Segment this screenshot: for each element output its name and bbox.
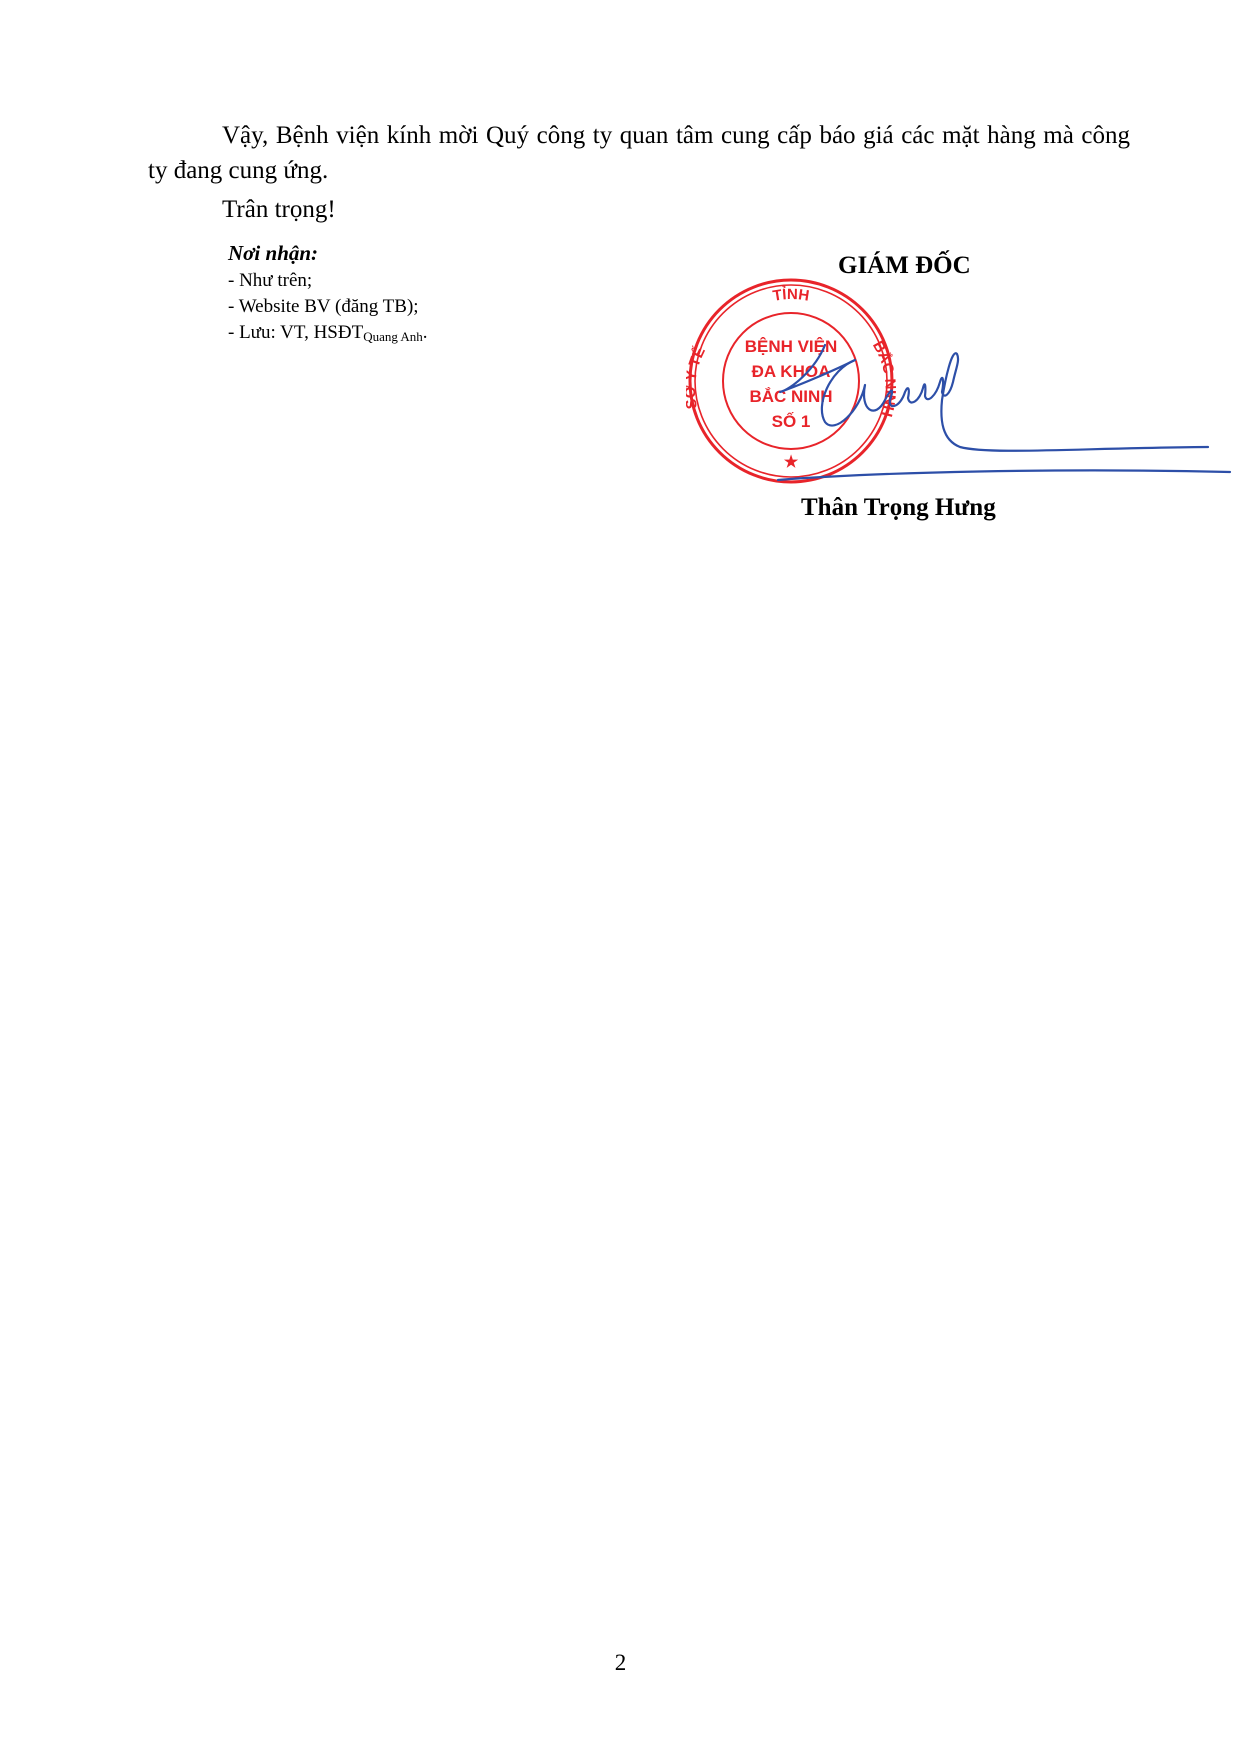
page-number: 2	[0, 1650, 1241, 1676]
recipient-item-subscript: Quang Anh	[363, 329, 423, 344]
body-paragraph-text: Vậy, Bệnh viện kính mời Quý công ty quan…	[148, 122, 1130, 184]
recipient-item-text: - Lưu: VT, HSĐT	[228, 322, 363, 343]
recipient-item: - Website BV (đăng TB);	[228, 294, 428, 320]
signer-name: Thân Trọng Hưng	[801, 494, 996, 522]
document-page: Vậy, Bệnh viện kính mời Quý công ty quan…	[0, 0, 1241, 1755]
recipients-block: Nơi nhận: - Như trên; - Website BV (đăng…	[228, 240, 428, 350]
svg-text:TỈNH: TỈNH	[772, 286, 811, 305]
recipient-item: - Lưu: VT, HSĐTQuang Anh.	[228, 320, 428, 350]
recipients-title: Nơi nhận:	[228, 240, 428, 266]
svg-text:SỞ Y TẾ: SỞ Y TẾ	[686, 344, 709, 410]
recipient-item-suffix: .	[423, 322, 428, 343]
recipient-item: - Như trên;	[228, 268, 428, 294]
handwritten-signature-icon	[760, 330, 1240, 490]
closing-line: Trân trọng!	[222, 196, 336, 224]
body-paragraph: Vậy, Bệnh viện kính mời Quý công ty quan…	[148, 118, 1130, 188]
